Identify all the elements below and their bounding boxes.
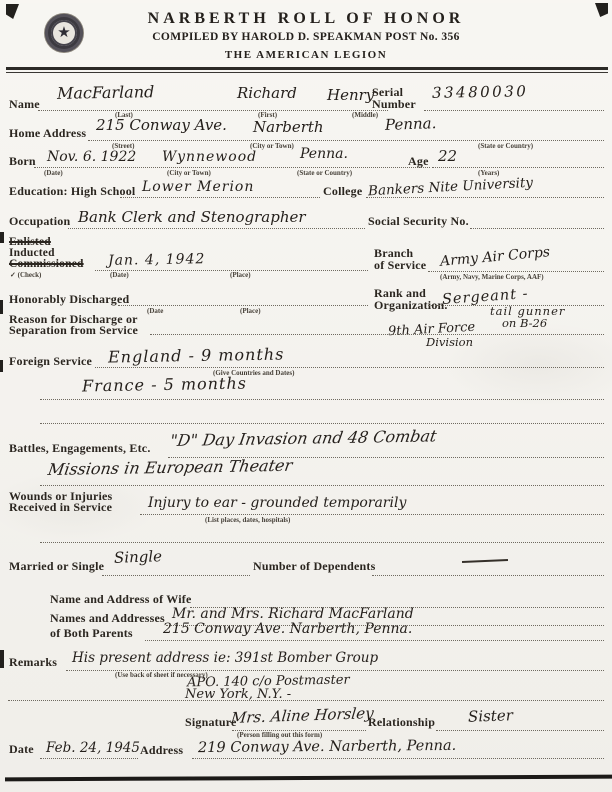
bottom-address-line bbox=[192, 758, 604, 759]
bottom-address-label: Address bbox=[140, 744, 183, 756]
signature-value: Mrs. Aline Horsley bbox=[230, 706, 374, 726]
born-date-value: Nov. 6. 1922 bbox=[47, 150, 136, 164]
home-address-street-value: 215 Conway Ave. bbox=[96, 118, 227, 133]
name-last-value: MacFarland bbox=[57, 84, 155, 102]
battles-label: Battles, Engagements, Etc. bbox=[9, 442, 151, 454]
serial-number-line bbox=[424, 110, 604, 111]
married-or-single-label: Married or Single bbox=[9, 560, 104, 572]
scan-artifact bbox=[0, 232, 4, 243]
home-address-label: Home Address bbox=[9, 127, 86, 139]
branch-line bbox=[428, 271, 604, 272]
age-value: 22 bbox=[438, 149, 457, 164]
occupation-label: Occupation bbox=[9, 215, 70, 227]
ssn-label: Social Security No. bbox=[368, 215, 469, 227]
occupation-value: Bank Clerk and Stenographer bbox=[78, 210, 306, 225]
signature-sublabel: (Person filling out this form) bbox=[237, 731, 322, 739]
born-label: Born bbox=[9, 155, 36, 167]
scan-artifact bbox=[0, 360, 3, 372]
wounds-label-2: Received in Service bbox=[9, 501, 112, 513]
name-middle-value: Henry bbox=[327, 88, 374, 103]
wounds-sublabel: (List places, dates, hospitals) bbox=[205, 516, 290, 524]
remarks-label: Remarks bbox=[9, 656, 57, 668]
discharged-date-sublabel: (Date bbox=[147, 307, 163, 315]
rank-value-5: Division bbox=[426, 337, 473, 349]
name-label: Name bbox=[9, 98, 40, 110]
state-sublabel: (State or Country) bbox=[478, 142, 533, 150]
header-divider bbox=[6, 67, 608, 73]
ssn-line bbox=[470, 228, 604, 229]
high-school-line bbox=[120, 197, 320, 198]
wife-label: Name and Address of Wife bbox=[50, 593, 191, 605]
scan-artifact bbox=[0, 650, 4, 668]
reason-discharge-label-2: Separation from Service bbox=[9, 324, 138, 336]
high-school-value: Lower Merion bbox=[142, 180, 254, 194]
battles-line-2 bbox=[40, 485, 604, 486]
home-address-state-value: Penna. bbox=[385, 116, 437, 133]
entry-place-sublabel: (Place) bbox=[230, 271, 251, 279]
college-label: College bbox=[323, 185, 362, 197]
relationship-value: Sister bbox=[468, 708, 513, 725]
date-line bbox=[40, 758, 138, 759]
married-value: Single bbox=[114, 549, 163, 566]
serial-number-value: 33480030 bbox=[432, 84, 529, 101]
remarks-value-1: His present address ie: 391st Bomber Gro… bbox=[72, 652, 378, 666]
foreign-service-line bbox=[95, 367, 604, 368]
relationship-line bbox=[436, 730, 604, 731]
born-city-value: Wynnewood bbox=[162, 150, 257, 164]
parents-value-1: Mr. and Mrs. Richard MacFarland bbox=[172, 607, 414, 621]
discharged-line bbox=[118, 305, 368, 306]
born-line bbox=[34, 167, 430, 168]
occupation-line bbox=[68, 228, 365, 229]
entry-date-value: Jan. 4, 1942 bbox=[108, 252, 206, 268]
date-label: Date bbox=[9, 743, 34, 755]
college-value: Bankers Nite University bbox=[368, 177, 534, 199]
serial-number-label-2: Number bbox=[372, 98, 416, 110]
honorably-discharged-label: Honorably Discharged bbox=[9, 293, 129, 305]
foreign-service-value-1: England - 9 months bbox=[108, 346, 285, 365]
remarks-line-2 bbox=[8, 700, 604, 701]
discharged-place-sublabel: (Place) bbox=[240, 307, 261, 315]
wounds-value: Injury to ear - grounded temporarily bbox=[148, 496, 406, 510]
battles-value-1: "D" Day Invasion and 48 Combat bbox=[169, 428, 438, 449]
born-date-sublabel: (Date) bbox=[44, 169, 63, 177]
scanned-roll-of-honor-form: NARBERTH ROLL OF HONOR COMPILED BY HAROL… bbox=[0, 0, 612, 792]
bottom-border-rule bbox=[5, 775, 612, 782]
name-first-value: Richard bbox=[237, 86, 297, 101]
bottom-address-value: 219 Conway Ave. Narberth, Penna. bbox=[198, 739, 456, 756]
form-org-line: THE AMERICAN LEGION bbox=[0, 49, 612, 61]
reason-line bbox=[150, 334, 604, 335]
age-label: Age bbox=[408, 155, 429, 167]
signature-label: Signature bbox=[185, 716, 237, 728]
wounds-line bbox=[140, 514, 604, 515]
name-middle-sublabel: (Middle) bbox=[352, 111, 378, 119]
age-line bbox=[432, 167, 604, 168]
rank-value-3: on B-26 bbox=[502, 318, 547, 330]
born-state-value: Penna. bbox=[300, 147, 348, 161]
born-city-sublabel: (City or Town) bbox=[167, 169, 211, 177]
parents-value-2: 215 Conway Ave. Narberth, Penna. bbox=[163, 622, 412, 636]
dependents-line bbox=[372, 575, 604, 576]
branch-value: Army Air Corps bbox=[440, 245, 551, 269]
battles-value-2: Missions in European Theater bbox=[47, 458, 294, 478]
branch-of-service-label-2: of Service bbox=[374, 259, 426, 271]
form-subtitle: COMPILED BY HAROLD D. SPEAKMAN POST No. … bbox=[0, 31, 612, 43]
parents-label: Names and Addresses bbox=[50, 612, 165, 624]
foreign-service-value-2: France - 5 months bbox=[82, 376, 247, 395]
dependents-label: Number of Dependents bbox=[253, 560, 375, 572]
entry-check-sublabel: ✓ (Check) bbox=[10, 271, 41, 279]
parents-line-2 bbox=[145, 640, 604, 641]
married-line bbox=[102, 575, 250, 576]
blank-line bbox=[40, 542, 604, 543]
born-state-sublabel: (State or Country) bbox=[297, 169, 352, 177]
foreign-service-line-2 bbox=[40, 399, 604, 400]
name-line bbox=[38, 110, 388, 111]
education-high-school-label: Education: High School bbox=[9, 185, 135, 197]
scan-artifact bbox=[0, 300, 3, 314]
form-title: NARBERTH ROLL OF HONOR bbox=[0, 10, 612, 28]
commissioned-label: Commissioned bbox=[9, 258, 84, 270]
blank-line bbox=[40, 423, 604, 424]
home-address-line bbox=[88, 140, 604, 141]
foreign-service-label: Foreign Service bbox=[9, 355, 92, 367]
branch-sublabel: (Army, Navy, Marine Corps, AAF) bbox=[440, 273, 544, 281]
relationship-label: Relationship bbox=[368, 716, 435, 728]
date-value: Feb. 24, 1945 bbox=[46, 742, 140, 756]
parents-label-2: of Both Parents bbox=[50, 627, 133, 639]
entry-date-sublabel: (Date) bbox=[110, 271, 129, 279]
home-address-city-value: Narberth bbox=[253, 120, 324, 135]
dependents-dash-mark bbox=[462, 559, 508, 563]
